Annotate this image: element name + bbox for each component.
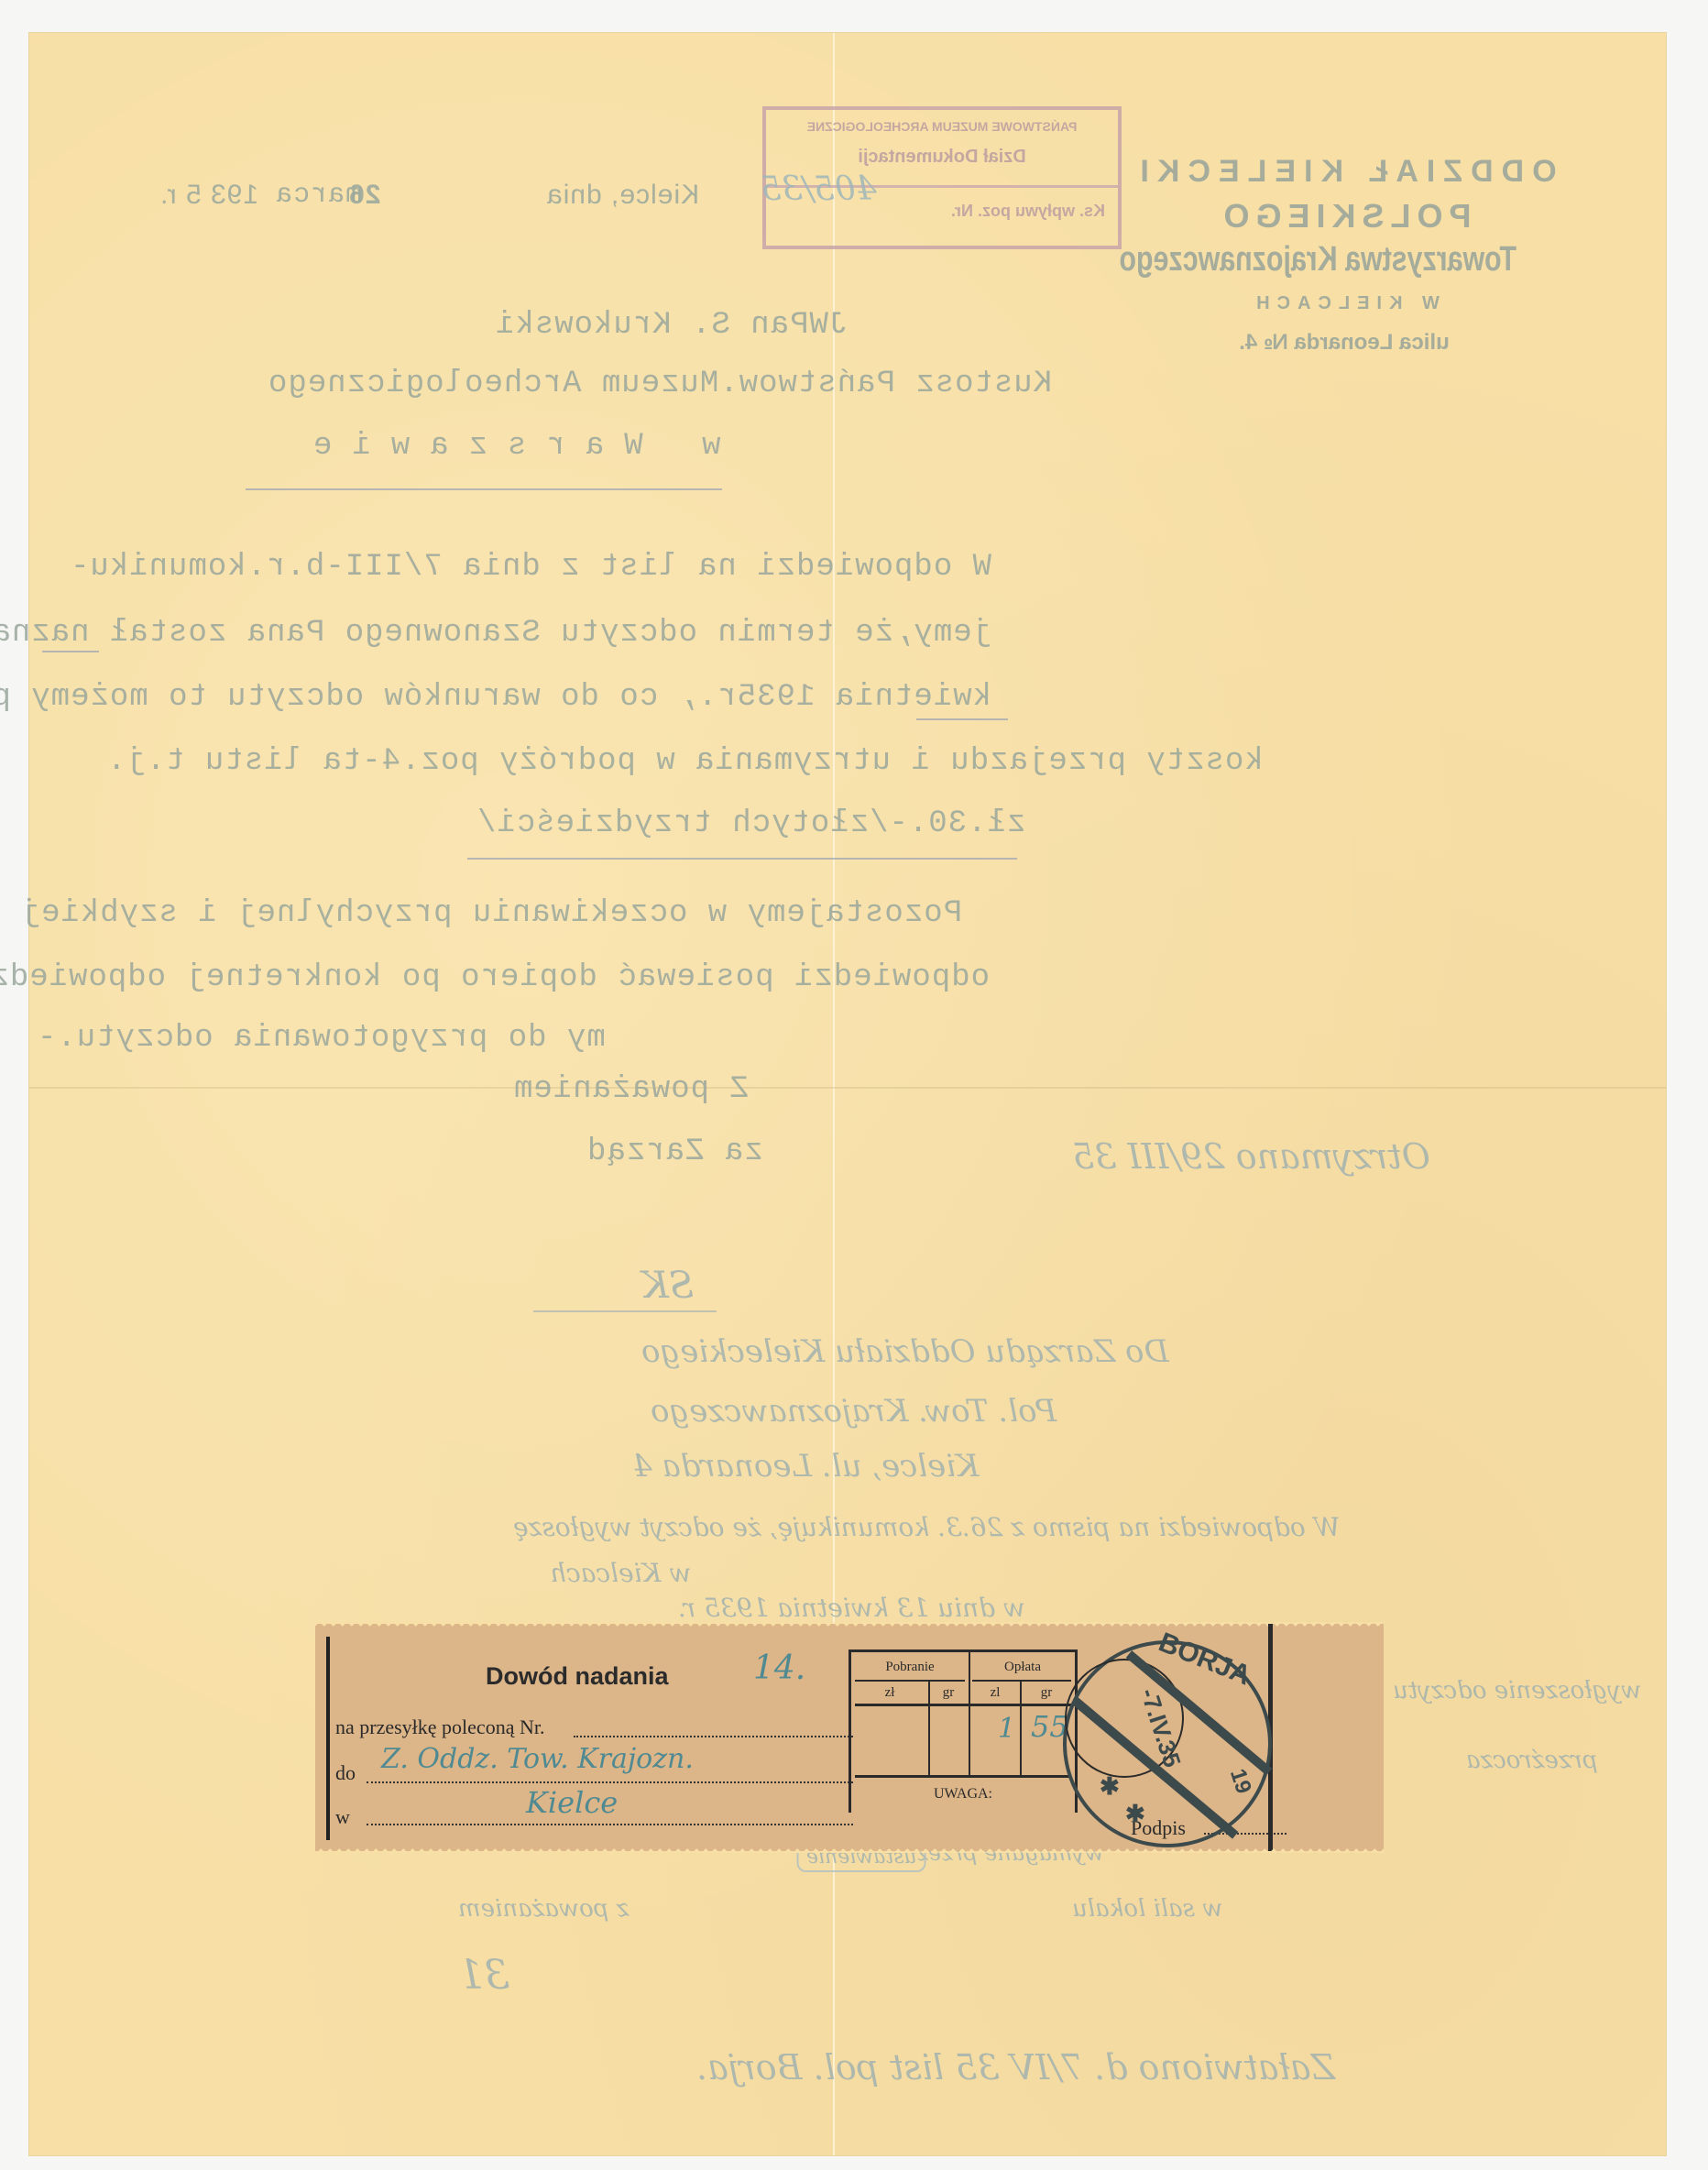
value-in: Kielce: [526, 1785, 618, 1820]
sent-note: Załatwiono d. 7/IV 35 list pol. Borja.: [696, 2047, 1335, 2088]
addressee-underline: [246, 488, 722, 490]
asterisk-icon: ✱: [1125, 1800, 1145, 1828]
signoff-line-2: za Zarząd: [586, 1134, 763, 1169]
underline-mark: [42, 651, 99, 652]
slip-handwritten-number: 14.: [753, 1649, 805, 1687]
header-fee: Opłata: [970, 1660, 1075, 1675]
dateline-month: marca: [275, 180, 362, 211]
stamp-number: 405/35: [761, 170, 877, 208]
address-line: Kielce, ul. Leonarda 4: [632, 1448, 980, 1485]
label-item: na przesyłkę poleconą Nr.: [335, 1715, 544, 1739]
address-line: w Kielcach: [550, 1558, 691, 1588]
address-line: Do Zarządu Oddziału Kieleckiego: [641, 1333, 1169, 1370]
label-in: w: [335, 1805, 350, 1829]
address-line: przeźrocza: [1466, 1747, 1598, 1774]
stamp-line-1: PAŃSTWOWE MUZEUM ARCHEOLOGICZNE: [766, 119, 1118, 134]
dotted-line: [367, 1824, 853, 1825]
addressee-line-1: JWPan S. Krukowski: [495, 308, 848, 343]
underline-mark: [916, 718, 1008, 720]
letterhead-line-3: Towarzystwa Krajoznawczego: [1172, 240, 1516, 279]
page-number: 31: [458, 1952, 509, 1999]
body-line: zł.30.-/złotych trzydzieści/: [476, 806, 1025, 841]
slip-left-bar: [326, 1637, 330, 1840]
letterhead-line-5: ulica Leonarda № 4.: [1129, 330, 1560, 356]
address-line: z poważaniem: [458, 1895, 629, 1923]
table-line: [1020, 1682, 1022, 1775]
col-zl-1: zł: [851, 1685, 928, 1701]
table-line: [928, 1682, 930, 1775]
body-underline: [467, 858, 1017, 860]
closing-line: odpowiedzi posiewać dopiero po konkretne…: [37, 960, 990, 995]
table-line: [855, 1704, 1071, 1706]
table-line: [855, 1775, 1071, 1778]
dateline-place: Kielce, dnia: [546, 180, 699, 211]
stamp-line-2: Dział Dokumentacji: [766, 147, 1118, 168]
closing-line: my do przygotowania odczytu.-: [37, 1021, 606, 1056]
letterhead-line-1: ODDZIAŁ KIELECKI: [1129, 154, 1560, 190]
address-line: w sali lokalu: [1072, 1895, 1223, 1923]
remarks-label: UWAGA:: [851, 1786, 1075, 1803]
table-line: [855, 1680, 965, 1682]
col-gr-2: gr: [1020, 1685, 1073, 1701]
addressee-line-2: Kustosz Państwow.Muzeum Archeologicznego: [268, 367, 1052, 401]
header-cod: Pobranie: [851, 1660, 969, 1675]
closing-line: Pozostajemy w oczekiwaniu przychylnej i …: [37, 896, 962, 931]
letterhead-line-2: POLSKIEGO: [1129, 197, 1560, 236]
fee-zl: 1: [998, 1713, 1015, 1745]
stamp-line-3: Ks. wpływu poz. Nr.: [876, 202, 1105, 221]
table-line: [972, 1680, 1071, 1682]
dotted-line: [367, 1781, 853, 1783]
address-line: w dniu 13 kwietnia 1935 r.: [678, 1593, 1025, 1623]
horizontal-fold: [29, 1087, 1666, 1089]
col-gr-1: gr: [928, 1685, 969, 1701]
pencil-rule: [533, 1310, 717, 1312]
body-line: jemy,że termin odczytu Szanownego Pana z…: [38, 616, 991, 651]
received-note: Otrzymano 29/III 35: [1072, 1136, 1430, 1177]
address-line: W odpowiedzi na pismo z 26.3. komunikuję…: [513, 1512, 1340, 1542]
label-to: do: [335, 1761, 356, 1785]
address-line: Pol. Tow. Krajoznawczego: [651, 1393, 1057, 1430]
address-line: wygłoszenie odczytu: [1393, 1677, 1641, 1704]
asterisk-icon: ✱: [1100, 1772, 1120, 1801]
dotted-line: [574, 1736, 853, 1737]
dateline-year: 193 5 r.: [159, 180, 258, 211]
col-zl-2: zl: [970, 1685, 1020, 1701]
addressee-line-3: w Warszawie: [293, 429, 720, 464]
slip-title: Dowód nadania: [486, 1662, 669, 1691]
initials: SK: [641, 1265, 694, 1307]
value-to: Z. Oddz. Tow. Krajozn.: [381, 1743, 694, 1775]
body-line: W odpowiedzi na list z dnia 7/III-b.r.ko…: [38, 550, 991, 585]
body-line: koszty przejazdu i utrzymania w podróży …: [106, 744, 1264, 779]
letterhead-line-4: W KIELCACH: [1129, 293, 1560, 314]
signoff-line-1: Z poważaniem: [513, 1072, 749, 1107]
table-line: [969, 1704, 970, 1775]
fee-table: Pobranie Opłata zł gr zl gr 1 55 UWAGA:: [849, 1649, 1078, 1813]
body-line: kwietnia 1935r., co do warunków odczytu …: [38, 680, 991, 715]
